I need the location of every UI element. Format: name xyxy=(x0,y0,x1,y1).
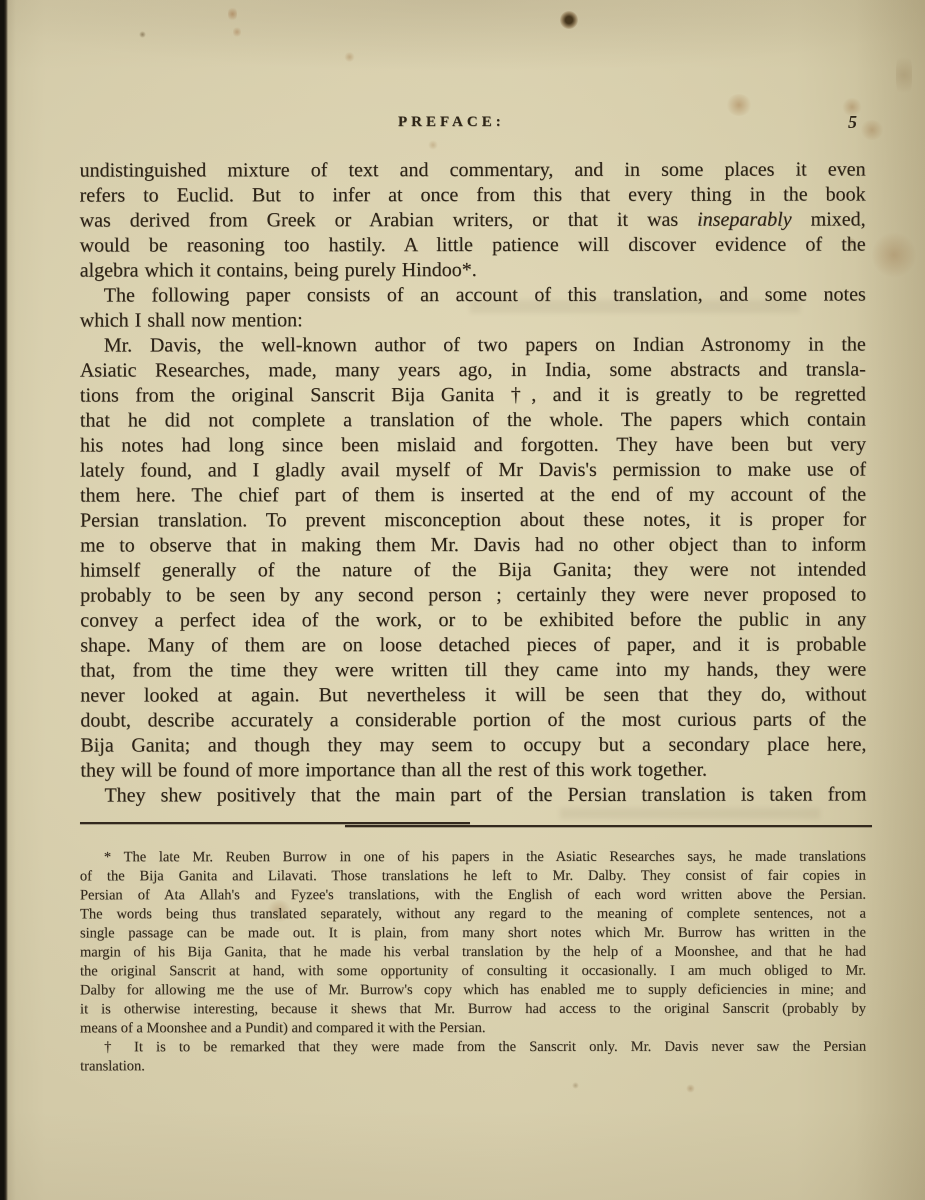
page-left-scan-edge xyxy=(0,0,8,1200)
body-line: doubt, describe accurately a considerabl… xyxy=(80,707,866,733)
body-line: that he did not complete a translation o… xyxy=(80,407,866,433)
footnote-line: it is otherwise interesting, because it … xyxy=(80,1000,866,1020)
italic-word: inseparably xyxy=(697,209,791,231)
footnote-line: The words being thus translated separate… xyxy=(80,905,866,925)
footnotes: * The late Mr. Reuben Burrow in one of h… xyxy=(80,848,866,1077)
foxing-stain xyxy=(726,94,752,116)
footnote-line: margin of his Bija Ganita, that he made … xyxy=(80,943,866,963)
foxing-stain xyxy=(860,120,884,140)
body-line: which I shall now mention: xyxy=(80,307,866,333)
body-line: convey a perfect idea of the work, or to… xyxy=(80,607,866,633)
body-line: me to observe that in making them Mr. Da… xyxy=(80,532,866,558)
body-line: that, from the time they were written ti… xyxy=(80,657,866,683)
body-line: Persian translation. To prevent misconce… xyxy=(80,507,866,533)
body-line: probably to be seen by any second person… xyxy=(80,582,866,608)
body-line: would be reasoning too hastily. A little… xyxy=(80,232,866,258)
footnote-line: Dalby for allowing me the use of Mr. Bur… xyxy=(80,981,866,1001)
body-line: undistinguished mixture of text and comm… xyxy=(80,157,866,183)
footnote-line: translation. xyxy=(80,1057,866,1077)
footnote-line: the original Sanscrit at hand, with some… xyxy=(80,962,866,982)
body-line-text: was derived from Greek or Arabian writer… xyxy=(80,209,698,232)
body-line: algebra which it contains, being purely … xyxy=(80,257,866,283)
foxing-stain xyxy=(686,1084,695,1093)
foxing-stain xyxy=(572,1082,579,1089)
body-line: they will be found of more importance th… xyxy=(80,757,866,783)
foxing-stain xyxy=(872,232,916,278)
body-text: undistinguished mixture of text and comm… xyxy=(80,157,867,808)
body-line: Bija Ganita; and though they may seem to… xyxy=(80,732,866,758)
foxing-stain xyxy=(896,52,912,98)
foxing-stain xyxy=(233,26,241,38)
foxing-stain xyxy=(344,52,355,62)
body-line: The following paper consists of an accou… xyxy=(80,282,866,308)
footnote-line: of the Bija Ganita and Lilavati. Those t… xyxy=(80,867,866,887)
body-line: was derived from Greek or Arabian writer… xyxy=(80,207,866,233)
body-line: himself generally of the nature of the B… xyxy=(80,557,866,583)
body-line: refers to Euclid. But to infer at once f… xyxy=(80,182,866,208)
book-page: PREFACE: 5 undistinguished mixture of te… xyxy=(0,0,925,1200)
body-line: Asiatic Researches, made, many years ago… xyxy=(80,357,866,383)
body-line: lately found, and I gladly avail myself … xyxy=(80,457,866,483)
footnote-separator-rule xyxy=(345,825,872,827)
body-line: shape. Many of them are on loose detache… xyxy=(80,632,866,658)
show-through-smudge xyxy=(560,808,820,819)
footnote-line: * The late Mr. Reuben Burrow in one of h… xyxy=(80,848,866,868)
body-line: Mr. Davis, the well-known author of two … xyxy=(80,332,866,358)
body-line: them here. The chief part of them is ins… xyxy=(80,482,866,508)
page-number: 5 xyxy=(848,112,857,133)
running-header-title: PREFACE: xyxy=(398,114,505,131)
footnote-line: single passage can be made out. It is pl… xyxy=(80,924,866,944)
foxing-stain xyxy=(428,140,438,150)
footnote-line: † It is to be remarked that they were ma… xyxy=(80,1038,866,1058)
footnote-line: means of a Moonshee and a Pundit) and co… xyxy=(80,1019,866,1039)
body-line: his notes had long since been mislaid an… xyxy=(80,432,866,458)
body-line: tions from the original Sanscrit Bija Ga… xyxy=(80,382,866,408)
foxing-stain xyxy=(560,11,578,29)
foxing-stain xyxy=(228,6,237,22)
footnote-line: Persian of Ata Allah's and Fyzee's trans… xyxy=(80,886,866,906)
body-line-text: mixed, xyxy=(792,208,866,230)
body-line: They shew positively that the main part … xyxy=(80,782,866,808)
foxing-stain xyxy=(139,31,146,38)
body-line: never looked at again. But nevertheless … xyxy=(80,682,866,708)
